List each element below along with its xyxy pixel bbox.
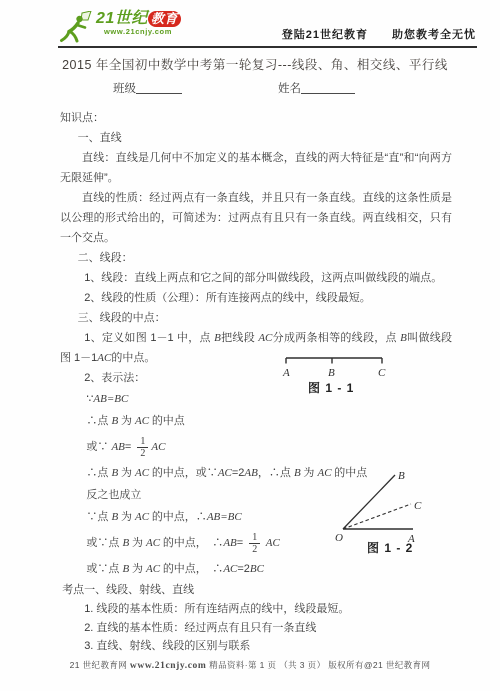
text-segment: 为 [132,563,146,575]
fraction: 12 [249,532,260,555]
text-segment: AC [135,415,152,427]
text-segment: AC [218,467,232,479]
text-segment: BC [250,563,264,575]
fraction: 12 [137,436,148,459]
figure-1-1: A B C 图 1 - 1 [281,348,393,401]
fig1-point-c-label: C [378,367,386,379]
class-name-row: 班级姓名 [113,80,355,96]
text-segment: 为 [121,467,135,479]
text-segment: 的中点， ∴ [163,563,224,575]
fig1-caption: 图 1 - 1 [308,381,354,395]
logo-brand-green: 21世纪 [96,10,148,27]
text-line: 三、线段的中点： [60,308,452,328]
text-line: 直线的性质：经过两点有一条直线，并且只有一条直线。直线的这条性质是以公理的形式给… [60,188,452,248]
text-segment: AC [146,537,163,549]
text-line: 考点一、线段、射线、直线 [60,580,452,600]
text-segment: AB [223,537,236,549]
text-segment: B [294,467,303,479]
text-line: 1、线段：直线上两点和它之间的部分叫做线段，这两点叫做线段的端点。 [60,268,452,288]
text-segment: 为 [121,415,135,427]
text-segment: 的中点，∴ [152,511,207,523]
text-line: 2. 直线的基本性质：经过两点有且只有一条直线 [60,619,452,638]
name-label: 姓名 [278,83,301,95]
logo-brand-red-badge: 教育 [148,11,181,27]
knowledge-content: 知识点：一、直线直线：直线是几何中不加定义的基本概念，直线的两大特征是“直”和“… [60,108,452,656]
text-segment: = [125,441,134,453]
logo-text: 21世纪教育 www.21cnjy.com [96,11,181,36]
text-segment: =2 [232,467,245,479]
page-title: 2015 年全国初中数学中考第一轮复习---线段、角、相交线、平行线 [30,55,480,73]
logo-site-url: www.21cnjy.com [104,28,181,36]
class-blank-field [136,82,182,94]
text-segment: ∵点 [86,511,111,523]
text-segment: 分成两条相等的线段，点 [272,332,400,344]
text-segment: AC [263,537,280,549]
text-line: 知识点： [60,108,452,128]
fig2-point-b-label: B [398,470,405,482]
text-segment: B [214,332,221,344]
text-segment: AB [244,467,257,479]
text-segment: 或∵点 [86,563,122,575]
header-slogan: 登陆21世纪教育 助您教考全无忧 [282,26,476,42]
text-line: 二、线段： [60,248,452,268]
text-segment: B [122,563,131,575]
text-segment: ∴点 [86,467,111,479]
text-segment: AC [151,441,165,453]
text-segment: 的中点，或∵ [152,467,218,479]
class-label: 班级 [113,83,136,95]
text-segment: AB=BC [93,393,128,405]
statement-line: 或∵点 B 为 AC 的中点， ∴AC=2BC [60,558,452,580]
text-segment: AC [97,352,111,364]
text-line: 2、线段的性质（公理）：所有连接两点的线中，线段最短。 [60,288,452,308]
fig2-caption: 图 1 - 2 [367,541,413,555]
text-segment: B [111,415,120,427]
text-segment: 或∵点 [86,537,122,549]
text-segment: B [111,511,120,523]
figure-1-2: O A B C 图 1 - 2 [333,453,470,560]
text-line: 一、直线 [60,128,452,148]
text-segment: ，∴点 [258,467,294,479]
text-segment: =2 [237,563,250,575]
header-rule [58,46,477,48]
fig2-point-o-label: O [335,532,343,544]
text-segment: AC [135,511,152,523]
text-segment: 1、定义如图 1－1 中，点 [84,332,214,344]
text-segment: 为 [121,511,135,523]
text-segment: AC [135,467,152,479]
text-segment: AC [258,332,272,344]
text-segment: 的中点 [152,415,185,427]
footer-url: www.21cnjy.com [130,661,206,671]
text-segment: 的中点， ∴ [163,537,224,549]
text-segment: AC [223,563,237,575]
text-line: 3. 直线、射线、线段的区别与联系 [60,637,452,656]
text-segment: = [237,537,246,549]
text-segment: 反之也成立 [86,489,141,501]
footer-site-name: 21 世纪教育网 [70,660,128,670]
text-line: 1. 线段的基本性质：所有连结两点的线中，线段最短。 [60,600,452,619]
text-line: 直线：直线是几何中不加定义的基本概念，直线的两大特征是“直”和“向两方无限延伸”… [60,148,452,188]
text-segment: B [111,467,120,479]
brand-logo: 21世纪教育 www.21cnjy.com [58,11,181,47]
footer-info: 精品资料·第 1 页 （共 3 页） 版权所有@21 世纪教育网 [209,660,430,670]
text-segment: ∴点 [86,415,111,427]
name-blank-field [301,82,355,94]
text-segment: 为 [303,467,317,479]
text-segment: 或∵ [86,441,111,453]
text-segment: AC [146,563,163,575]
text-line: 2、表示法： [60,368,452,388]
document-page: 21世纪教育 www.21cnjy.com 登陆21世纪教育 助您教考全无忧 2… [0,0,500,691]
text-segment: 的中点。 [111,352,155,364]
text-segment: 把线段 [221,332,258,344]
text-segment: AC [317,467,334,479]
logo-brand: 21世纪教育 [96,11,181,27]
runner-icon [58,11,94,47]
statement-line: ∵AB=BC [60,388,452,410]
text-segment: B [122,537,131,549]
fig2-point-c-label: C [414,500,422,512]
text-segment: B [400,332,407,344]
text-segment: AB=BC [207,511,242,523]
fig1-point-a-label: A [282,367,290,379]
fig1-point-b-label: B [328,367,335,379]
text-segment: 为 [132,537,146,549]
page-footer: 21 世纪教育网 www.21cnjy.com 精品资料·第 1 页 （共 3 … [0,659,500,671]
statement-line: ∴点 B 为 AC 的中点 [60,410,452,432]
text-segment: AB [111,441,124,453]
statement-line: 1、定义如图 1－1 中，点 B把线段 AC分成两条相等的线段，点 B叫做线段图… [60,328,452,368]
